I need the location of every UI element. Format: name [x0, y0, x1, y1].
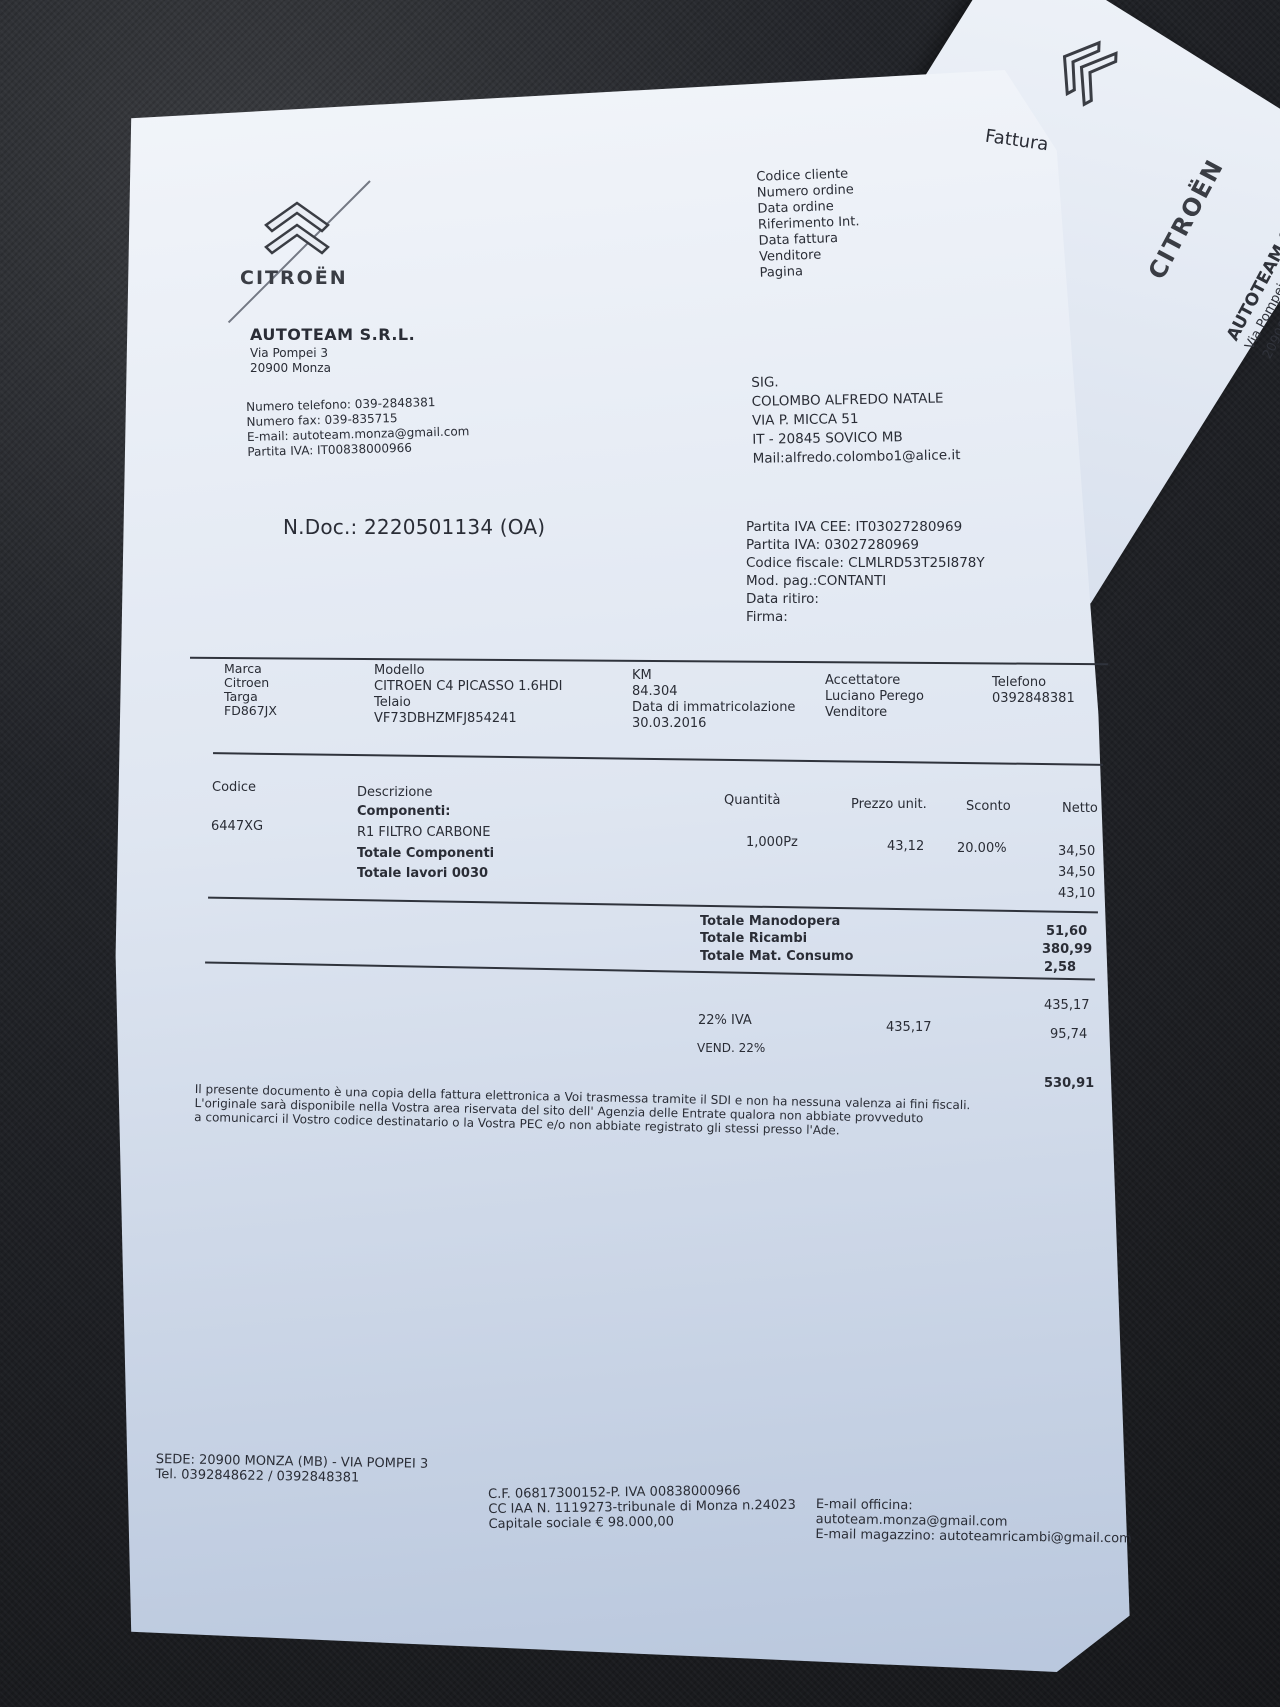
total-consumables-value: 2,58: [1044, 960, 1076, 975]
footer-capital: Capitale sociale € 98.000,00: [488, 1513, 796, 1532]
label-chassis: Telaio: [374, 695, 562, 711]
brand-wordmark: CITROËN: [240, 267, 360, 289]
vehicle-acceptor: Accettatore Luciano Perego Venditore: [825, 673, 924, 721]
col-header-net: Netto: [1062, 801, 1098, 816]
vat-base: 435,17: [886, 1020, 932, 1035]
label-model: Modello: [374, 663, 562, 679]
header-field-labels: Codice cliente Numero ordine Data ordine…: [756, 166, 861, 281]
vehicle-acceptor-name: Luciano Perego: [825, 689, 924, 705]
total-consumables-label: Totale Mat. Consumo: [700, 949, 853, 964]
label-acceptor: Accettatore: [825, 673, 924, 689]
col-header-discount: Sconto: [966, 799, 1011, 814]
signature-field: Firma:: [746, 608, 985, 626]
divider: [190, 657, 1108, 665]
disclaimer-text: Il presente documento è una copia della …: [194, 1082, 970, 1140]
fiscal-block: Partita IVA CEE: IT03027280969 Partita I…: [746, 518, 985, 626]
vehicle-km: 84.304: [632, 684, 795, 700]
customer-tax-code: Codice fiscale: CLMLRD53T25I878Y: [746, 554, 985, 572]
item-quantity: 1,000Pz: [746, 835, 798, 850]
subtotal-components-label: Totale Componenti: [357, 846, 494, 861]
vehicle-registration-date: 30.03.2016: [632, 716, 795, 732]
grand-total: 530,91: [1044, 1076, 1094, 1091]
issuer-street: Via Pompei 3: [250, 346, 331, 361]
vat-amount: 95,74: [1050, 1027, 1087, 1042]
vehicle-phone-number: 0392848381: [992, 691, 1075, 707]
label-plate: Targa: [224, 690, 277, 704]
vat-label: 22% IVA: [698, 1013, 752, 1028]
total-labor-label: Totale Manodopera: [700, 914, 840, 929]
issuer-name: AUTOTEAM S.R.L.: [250, 325, 415, 344]
label-vehicle-seller: Venditore: [825, 705, 924, 721]
citroen-logo-icon: [262, 195, 332, 259]
item-discount: 20.00%: [957, 841, 1007, 856]
col-header-quantity: Quantità: [724, 793, 780, 808]
total-parts-label: Totale Ricambi: [700, 931, 807, 946]
issuer-address: Via Pompei 3 20900 Monza: [250, 346, 331, 376]
recipient-name: COLOMBO ALFREDO NATALE: [752, 389, 960, 412]
vehicle-plate: FD867JX: [224, 704, 277, 718]
customer-vat: Partita IVA: 03027280969: [746, 536, 985, 554]
invoice-content: Fattura CITROËN AUTOTEAM S.R.L. Via Pomp…: [0, 0, 1280, 1707]
brand-logo: CITROËN: [240, 195, 360, 289]
total-labor-value: 51,60: [1046, 924, 1087, 939]
footer-warehouse-email: E-mail magazzino: autoteamricambi@gmail.…: [815, 1527, 1131, 1546]
payment-method: Mod. pag.:CONTANTI: [746, 572, 985, 590]
section-components: Componenti:: [357, 804, 450, 819]
footer-emails: E-mail officina: autoteam.monza@gmail.co…: [815, 1497, 1132, 1546]
vehicle-model-chassis: Modello CITROEN C4 PICASSO 1.6HDI Telaio…: [374, 663, 562, 727]
vehicle-model: CITROEN C4 PICASSO 1.6HDI: [374, 679, 562, 695]
subtotal-labor-0030-value: 43,10: [1058, 886, 1095, 901]
taxable-amount: 435,17: [1044, 998, 1090, 1013]
divider: [208, 897, 1098, 914]
issuer-contacts: Numero telefono: 039-2848381 Numero fax:…: [246, 394, 470, 460]
issuer-city: 20900 Monza: [250, 361, 331, 376]
pickup-date: Data ritiro:: [746, 590, 985, 608]
total-parts-value: 380,99: [1042, 942, 1092, 957]
item-code: 6447XG: [211, 819, 263, 834]
vat-code: VEND. 22%: [697, 1041, 765, 1056]
vehicle-brand: Citroen: [224, 676, 277, 690]
label-brand: Marca: [224, 662, 277, 676]
vehicle-brand-plate: Marca Citroen Targa FD867JX: [224, 662, 277, 718]
footer-legal: C.F. 06817300152-P. IVA 00838000966 CC I…: [488, 1483, 796, 1532]
footer-seat: SEDE: 20900 MONZA (MB) - VIA POMPEI 3 Te…: [155, 1452, 428, 1487]
col-header-code: Codice: [212, 780, 256, 795]
subtotal-components-value: 34,50: [1058, 865, 1095, 880]
subtotal-labor-0030-label: Totale lavori 0030: [357, 866, 488, 881]
label-registration-date: Data di immatricolazione: [632, 700, 795, 716]
vehicle-phone: Telefono 0392848381: [992, 675, 1075, 707]
recipient-email: Mail:alfredo.colombo1@alice.it: [753, 446, 961, 469]
col-header-unit-price: Prezzo unit.: [851, 797, 927, 812]
label-page: Pagina: [759, 262, 861, 282]
label-phone: Telefono: [992, 675, 1075, 691]
label-km: KM: [632, 668, 795, 684]
col-header-description: Descrizione: [357, 785, 433, 800]
item-description: R1 FILTRO CARBONE: [357, 825, 490, 840]
document-number: N.Doc.: 2220501134 (OA): [283, 515, 545, 539]
divider: [205, 961, 1095, 980]
doc-type-title: Fattura: [984, 126, 1050, 156]
item-unit-price: 43,12: [887, 839, 924, 854]
item-net: 34,50: [1058, 844, 1095, 859]
vehicle-chassis: VF73DBHZMFJ854241: [374, 711, 562, 727]
vehicle-km-registration: KM 84.304 Data di immatricolazione 30.03…: [632, 668, 795, 732]
divider: [213, 752, 1103, 766]
recipient-block: SIG. COLOMBO ALFREDO NATALE VIA P. MICCA…: [751, 370, 960, 469]
customer-vat-cee: Partita IVA CEE: IT03027280969: [746, 518, 985, 536]
